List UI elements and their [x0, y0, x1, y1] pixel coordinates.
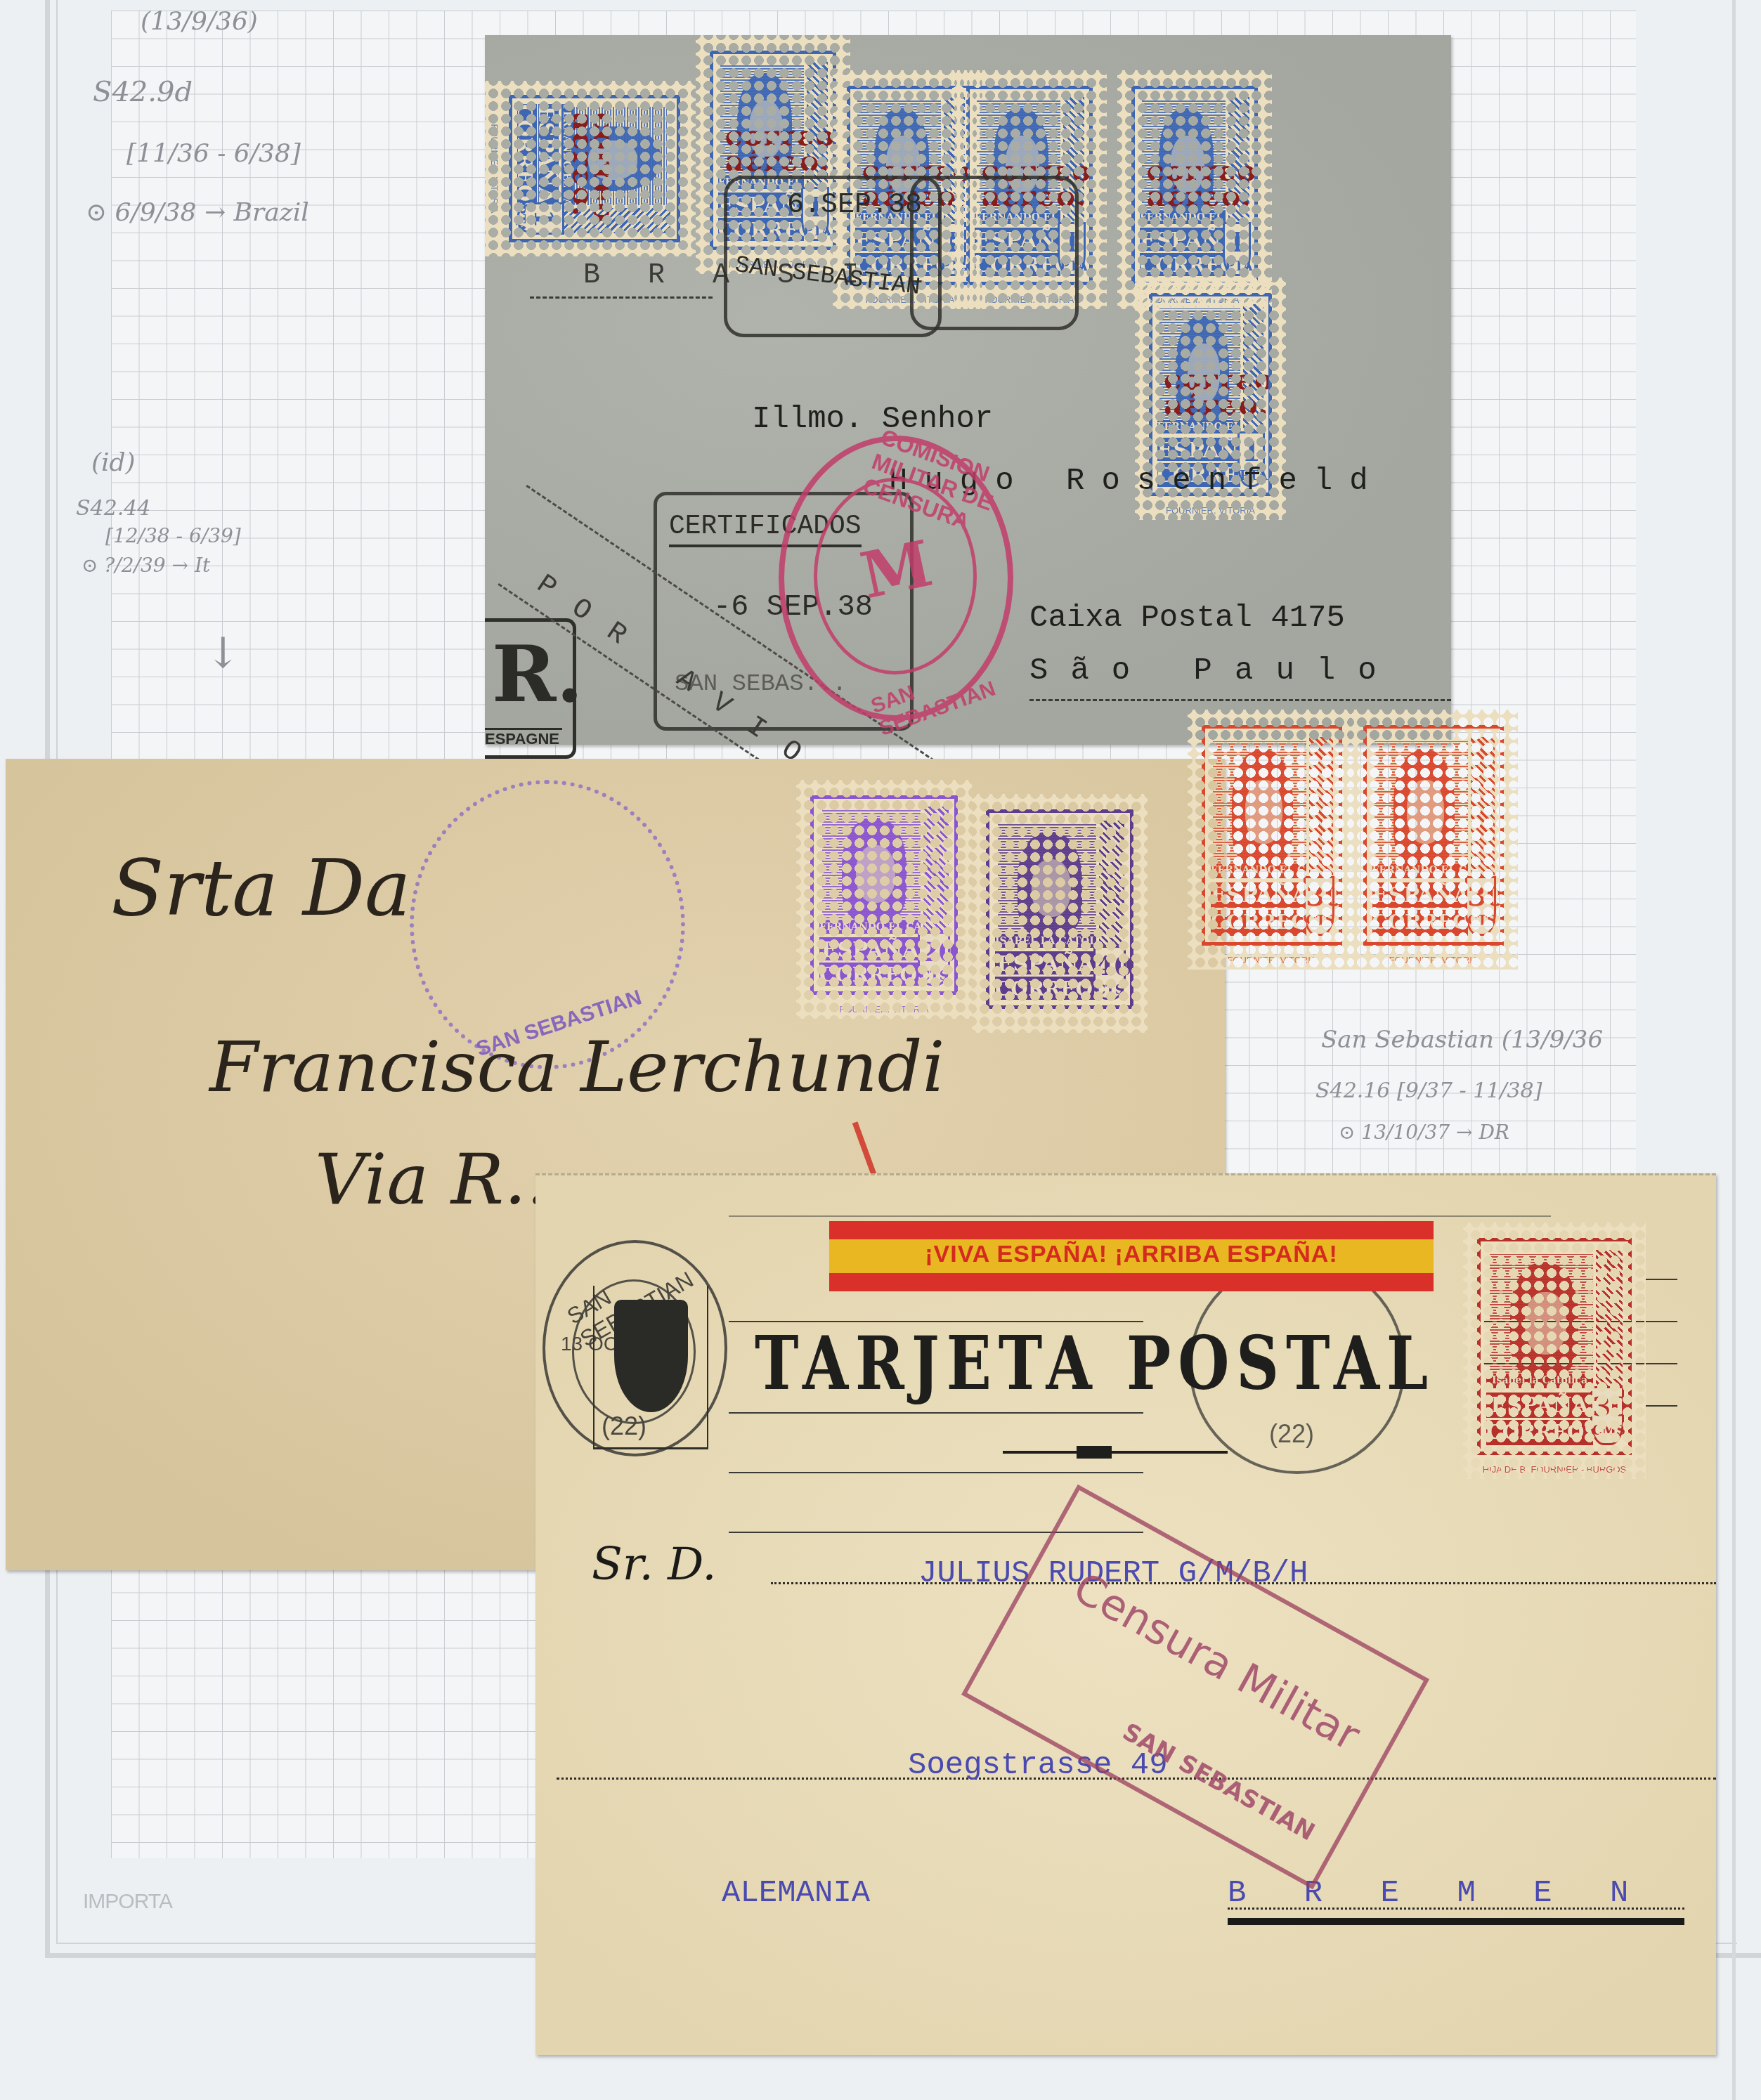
note-top-line3: [11/36 - 6/38]: [126, 139, 301, 168]
coat-of-arms-icon: [614, 1300, 688, 1412]
address-line-4: São Paulo: [1029, 653, 1399, 689]
handwritten-street: Via R...: [315, 1138, 571, 1220]
machine-cancel-date: 6.SEP.38: [787, 190, 922, 221]
stamp-value: 30CTS: [1304, 876, 1334, 936]
postage-stamp: Isabel la CatólicaESPAÑACORREOS30CMSHIJA…: [1463, 1222, 1646, 1479]
title-underline: [1003, 1451, 1228, 1454]
overprint: aéreo.: [1164, 389, 1241, 422]
censor-circle-stamp: M COMISION MILITAR DE CENSURA SAN SEBAST…: [779, 436, 1013, 721]
overprint: aéreo.: [1147, 180, 1226, 213]
registration-r-letter: R.: [492, 629, 583, 719]
note-mid-line3: [12/38 - 6/39]: [105, 524, 241, 547]
note-mid-line4: ⊙ ?/2/39 → It: [82, 554, 210, 577]
card-country: ALEMANIA: [722, 1876, 870, 1911]
album-brand: IMPORTA: [83, 1890, 172, 1914]
card-edge-perforation: [535, 1173, 1716, 1196]
stamp-value: 30CMS: [1590, 1386, 1624, 1445]
postage-stamp: FERNANDO EL CATOLICOESPAÑACORREOS20CTSFO…: [796, 780, 972, 1019]
stamp-value: 40CTS: [1093, 946, 1126, 1000]
address-line-1: Illmo. Senhor: [752, 402, 993, 437]
postage-stamp: FERNANDO EL CATOLICOESPAÑACORREOS1PTAcor…: [485, 81, 696, 256]
note-mid-line2: S42.44: [76, 496, 150, 521]
note-right-line2: S42.16 [9/37 - 11/38]: [1315, 1078, 1542, 1103]
overprint: aéreo.: [566, 112, 599, 205]
postage-stamp: ISABEL LA CATOLICAESPAÑACORREOS40CTS: [972, 794, 1148, 1033]
overprint: aéreo.: [725, 145, 804, 178]
note-top-line1: (13/9/36): [141, 7, 258, 36]
handwritten-salutation: Srta Da: [111, 843, 410, 933]
card-title: TARJETA POSTAL: [755, 1319, 1435, 1407]
machine-cancel-box-2: [910, 176, 1079, 330]
flag-banner: ¡VIVA ESPAÑA! ¡ARRIBA ESPAÑA!: [829, 1221, 1434, 1291]
registration-r-label: R. ESPAGNE: [485, 618, 576, 759]
card-city: B R E M E N: [1228, 1876, 1648, 1911]
stamp-value: 20CTS: [918, 932, 950, 986]
note-right-line3: ⊙ 13/10/37 → DR: [1339, 1121, 1509, 1144]
postage-stamp: FERNANDO EL CATOLICOESPAÑACORREOS30CTSFO…: [1188, 710, 1356, 970]
down-arrow-icon: ↓: [205, 629, 240, 678]
note-top-line2: S42.9d: [93, 76, 193, 108]
city-underline: [1228, 1918, 1684, 1925]
cover-airmail-brazil: FERNANDO EL CATOLICOESPAÑACORREOS1PTAcor…: [485, 35, 1451, 745]
handwritten-name: Francisca Lerchundi: [209, 1026, 945, 1108]
coat-of-arms-frame: [593, 1286, 708, 1449]
flag-slogan: ¡VIVA ESPAÑA! ¡ARRIBA ESPAÑA!: [829, 1241, 1434, 1268]
postage-stamp: FERNANDO EL CATOLICOESPAÑACORREOS1PTAcor…: [1117, 70, 1272, 309]
stamp-value: 1PTA: [517, 202, 564, 235]
address-underline: [1029, 699, 1451, 701]
note-top-line4: ⊙ 6/9/38 → Brazil: [86, 198, 309, 227]
note-mid-line1: (id): [91, 448, 136, 477]
censor-center-letter: M: [854, 526, 938, 613]
address-line-3: Caixa Postal 4175: [1029, 601, 1345, 636]
postage-stamp: FERNANDO EL CATOLICOESPAÑACORREOS30CTSFO…: [1349, 710, 1518, 970]
note-right-line1: San Sebastian (13/9/36: [1321, 1026, 1603, 1054]
stamp-value: 30CTS: [1465, 876, 1496, 936]
route-underline: [530, 296, 713, 299]
registration-country: ESPAGNE: [485, 728, 562, 748]
card-salutation: Sr. D.: [592, 1539, 716, 1591]
page-margin-line: [1732, 0, 1736, 2100]
stamp-value: 1PTA: [1223, 222, 1251, 276]
